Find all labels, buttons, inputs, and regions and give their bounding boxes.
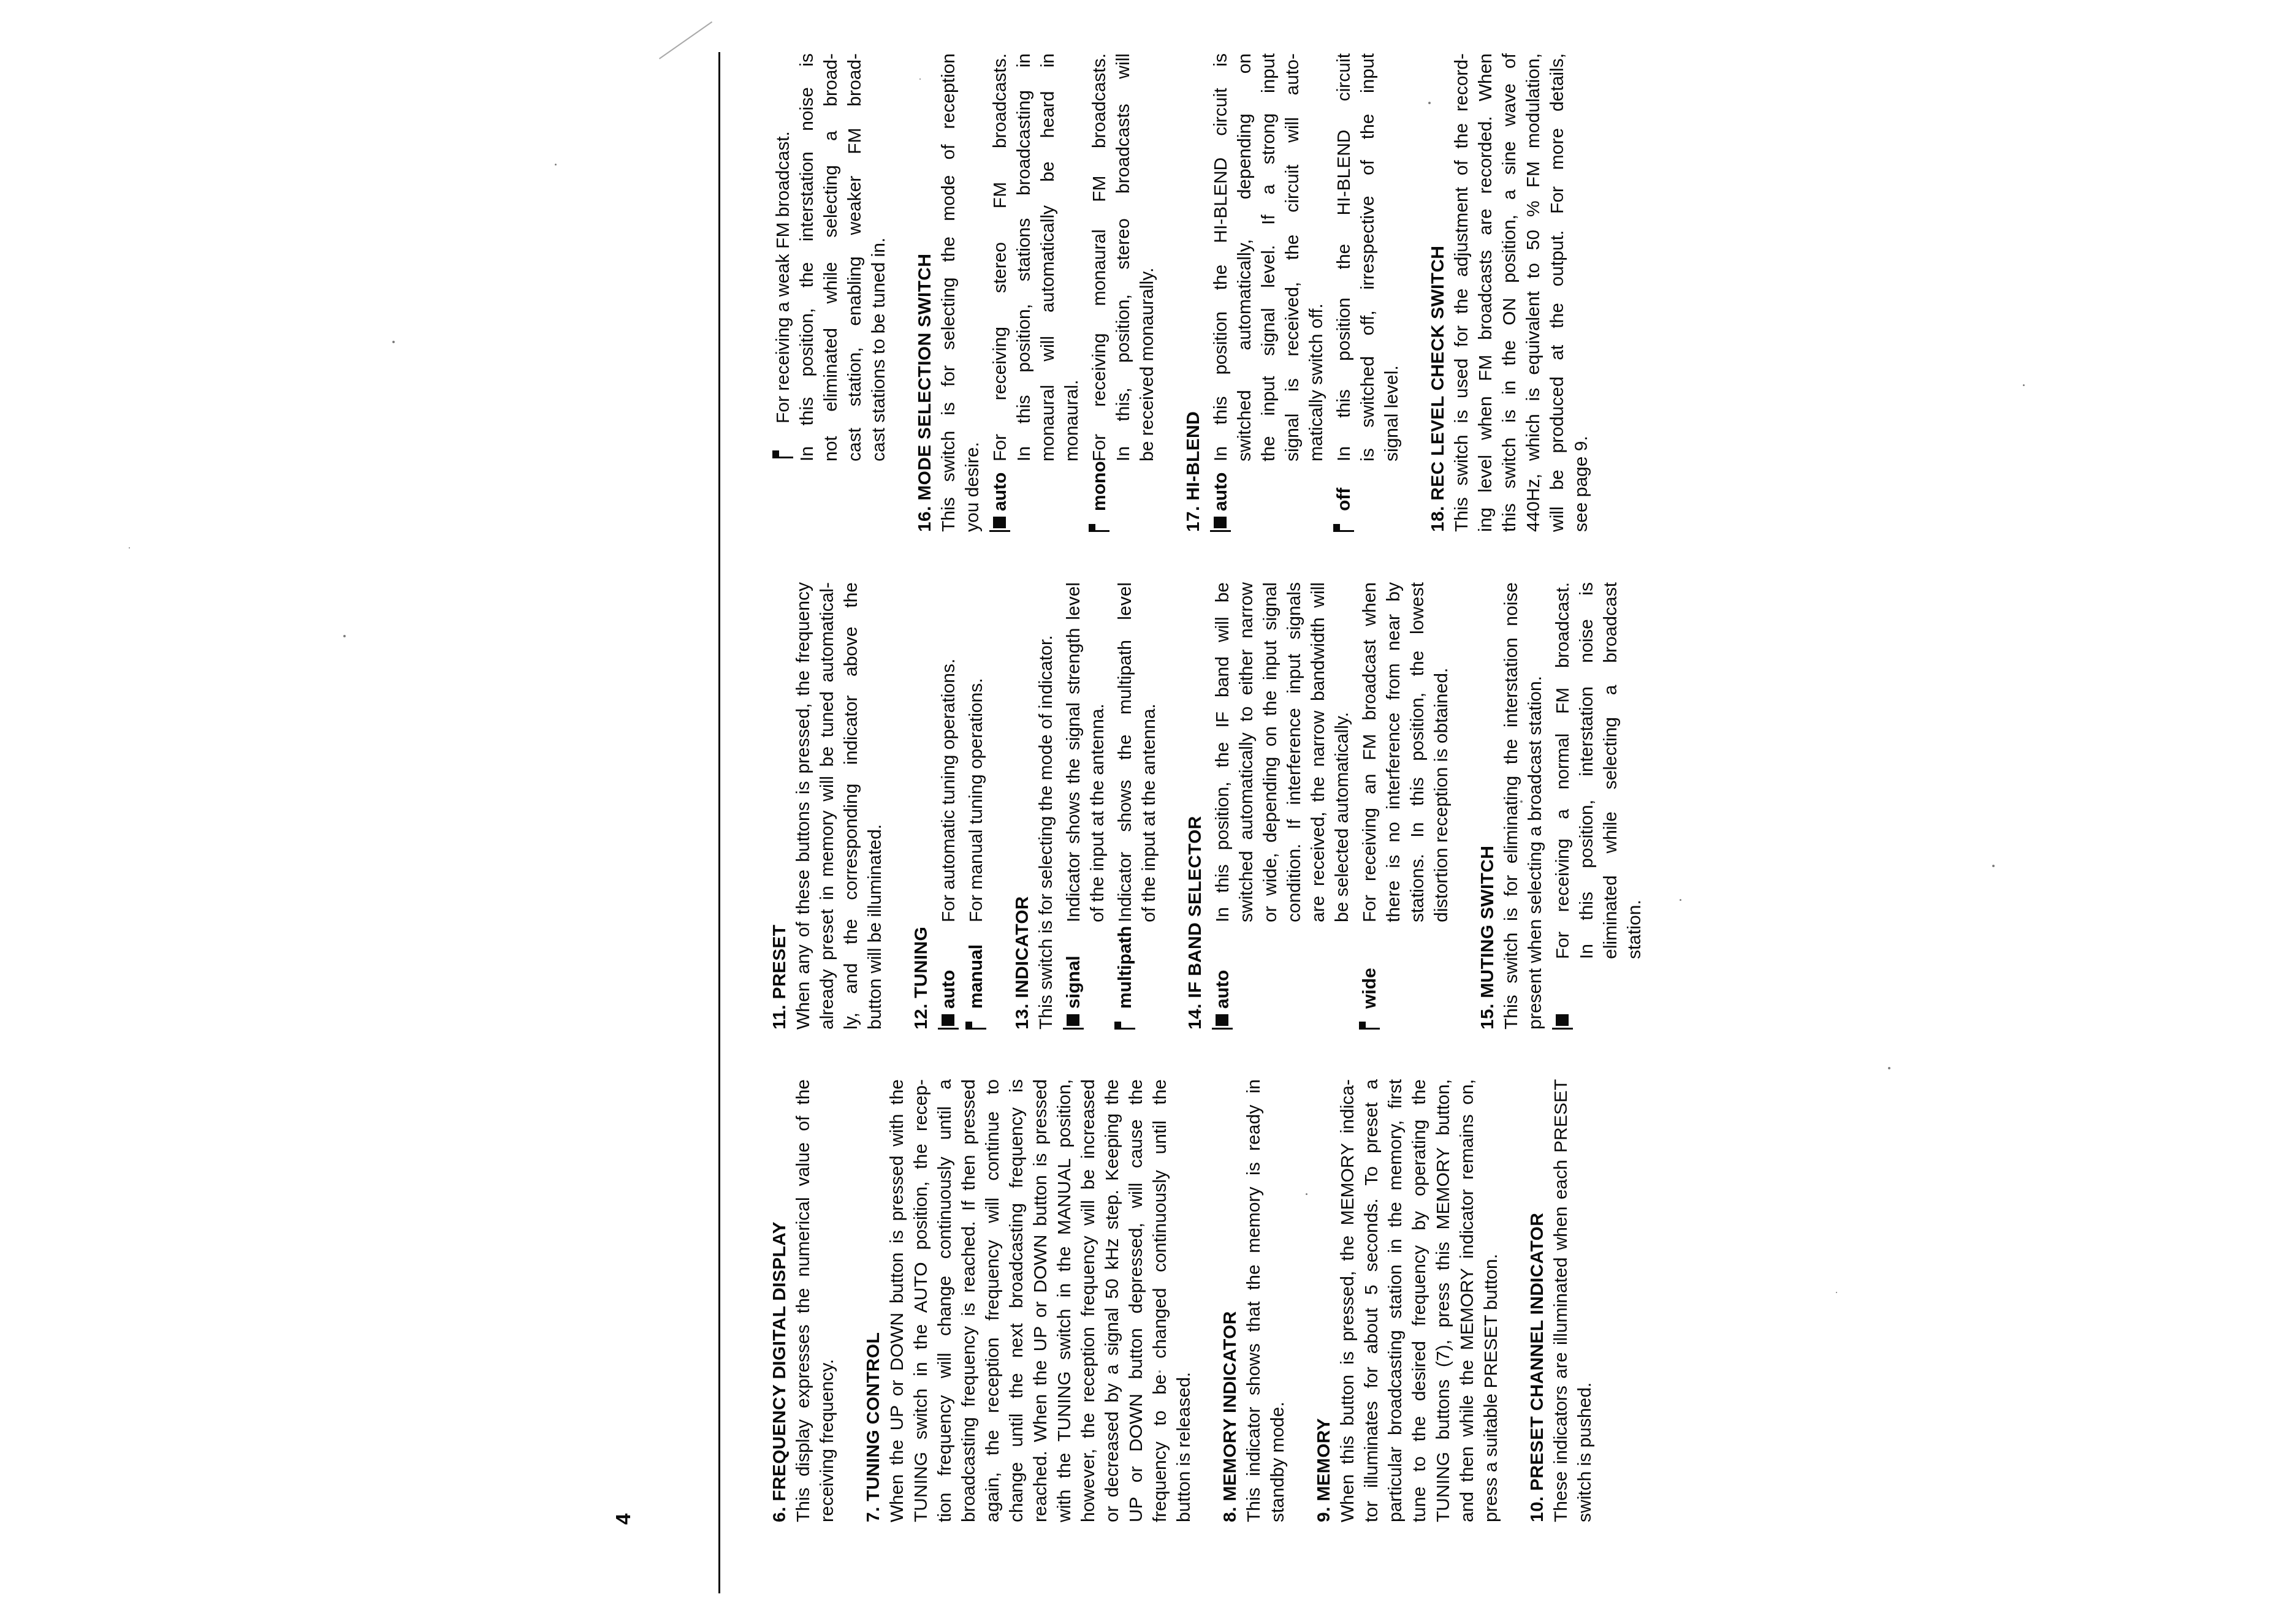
manual-section: 18. REC LEVEL CHECK SWITCHThis switch is… [1426, 53, 1593, 532]
text-line: monaural. [1060, 53, 1084, 532]
switch-item-label-text: signal [1064, 955, 1084, 1009]
switch-item-label: signal [1062, 955, 1086, 1030]
text-line: be received monaurally. [1135, 53, 1159, 532]
text-line: reached. When the UP or DOWN button is p… [1029, 1079, 1052, 1522]
text-line: distortion reception is obtained. [1429, 582, 1453, 1030]
manual-section: 8. MEMORY INDICATORThis indicator shows … [1218, 1079, 1290, 1522]
text-line: signal is received, the circuit will aut… [1281, 53, 1304, 532]
section-heading: 10. PRESET CHANNEL INDICATOR [1525, 1079, 1549, 1522]
scan-speckle [1836, 1292, 1837, 1293]
text-line: This switch is used for the adjustment o… [1450, 53, 1474, 532]
text-line: of the input at the antenna. [1137, 582, 1161, 1030]
text-line: or wide, depending on the input signal [1258, 582, 1282, 1030]
switch-out-icon [1336, 515, 1352, 532]
text-line: receiving frequency. [815, 1079, 839, 1522]
switch-out-icon [968, 1013, 984, 1030]
scan-speckle [1306, 1193, 1307, 1195]
scan-artifact-line [659, 21, 712, 59]
manual-section: For receiving a weak FM broadcast.In thi… [771, 53, 891, 532]
section-heading: 13. INDICATOR [1010, 582, 1034, 1030]
manual-section: 10. PRESET CHANNEL INDICATORThese indica… [1525, 1079, 1597, 1522]
section-heading: 6. FREQUENCY DIGITAL DISPLAY [767, 1079, 791, 1522]
switch-in-icon [1555, 1013, 1571, 1030]
text-line: When any of these buttons is pressed, th… [791, 582, 815, 1030]
manual-section: 14. IF BAND SELECTORIn this position, th… [1183, 582, 1453, 1030]
switch-item: In this position, the IF band will beaut… [1211, 582, 1354, 1030]
manual-section: 13. INDICATORThis switch is for selectin… [1010, 582, 1161, 1030]
manual-section: 16. MODE SELECTION SWITCHThis switch is … [913, 53, 1159, 532]
text-line: This switch is for eliminating the inter… [1499, 582, 1523, 1030]
switch-item-label-text: wide [1360, 968, 1380, 1009]
switch-in-icon [992, 515, 1008, 532]
text-line: For receiving a normal FM broadcast. [1551, 582, 1575, 1030]
text-line: present when selecting a broadcast stati… [1523, 582, 1547, 1030]
section-heading: 16. MODE SELECTION SWITCH [913, 53, 937, 532]
text-line: there is no interference from near by [1382, 582, 1406, 1030]
text-line: will be produced at the output. For more… [1545, 53, 1569, 532]
text-line: In this position the HI-BLEND circuit is… [1209, 53, 1233, 532]
switch-item-label: auto [937, 970, 961, 1030]
scan-speckle [129, 547, 130, 548]
text-line: is switched off, irrespective of the inp… [1356, 53, 1380, 532]
switch-item: For receiving an FM broadcast whenwideth… [1358, 582, 1453, 1030]
switch-in-icon [1214, 1013, 1231, 1030]
text-line: stations. In this position, the lowest [1406, 582, 1429, 1030]
switch-item-label-text: auto [990, 472, 1010, 511]
text-line: In this position, the IF band will beaut… [1211, 582, 1235, 1030]
text-line: already preset in memory will be tuned a… [815, 582, 839, 1030]
section-heading: 14. IF BAND SELECTOR [1183, 582, 1207, 1030]
text-line: tune to the desired frequency by operati… [1407, 1079, 1431, 1522]
switch-item: In this position the HI-BLEND circuitoff… [1332, 53, 1404, 532]
text-line: switched automatically to either narrow [1235, 582, 1258, 1030]
text-column-1: 6. FREQUENCY DIGITAL DISPLAYThis display… [767, 1079, 1619, 1522]
manual-section: 9. MEMORYWhen this button is pressed, th… [1312, 1079, 1503, 1522]
text-line: For receiving monaural FM broadcasts.mon… [1087, 53, 1111, 532]
text-line: Indicator shows the signal strength leve… [1062, 582, 1086, 1030]
text-line: are received, the narrow bandwidth will [1306, 582, 1330, 1030]
switch-item-label [1551, 1013, 1575, 1030]
scan-speckle [1159, 1370, 1161, 1373]
manual-section: 6. FREQUENCY DIGITAL DISPLAYThis display… [767, 1079, 839, 1522]
text-line: In this, position, stereo broadcasts wil… [1111, 53, 1135, 532]
text-line: station. [1623, 582, 1646, 1030]
text-line: 440Hz, which is equivalent to 50 % FM mo… [1521, 53, 1545, 532]
switch-item: For receiving a normal FM broadcast.In t… [1551, 582, 1646, 1030]
switch-item-label-text: mono [1089, 461, 1109, 511]
switch-in-icon [1065, 1013, 1082, 1030]
switch-item-label-text: manual [966, 944, 986, 1009]
switch-item: For manual tuning operations.manual [964, 582, 988, 1030]
text-line: of the input at the antenna. [1086, 582, 1109, 1030]
text-line: frequency to be changed continuously unt… [1148, 1079, 1172, 1522]
text-line: For automatic tuning operations.auto [937, 582, 961, 1030]
section-heading: 8. MEMORY INDICATOR [1218, 1079, 1242, 1522]
scan-speckle [972, 1156, 973, 1158]
text-line: This switch is for selecting the mode of… [937, 53, 961, 532]
text-line: button is released. [1172, 1079, 1196, 1522]
text-line: however, the reception frequency will be… [1076, 1079, 1100, 1522]
switch-item-label: auto [988, 472, 1012, 532]
text-line: tion frequency will change continuously … [933, 1079, 957, 1522]
text-line: For receiving an FM broadcast whenwide [1358, 582, 1382, 1030]
text-line: the input signal level. If a strong inpu… [1257, 53, 1281, 532]
text-line: TUNING buttons (7), press this MEMORY bu… [1431, 1079, 1455, 1522]
switch-item-label: wide [1358, 968, 1382, 1030]
text-line: In this position, interstation noise is [1575, 582, 1599, 1030]
switch-out-icon [1361, 1013, 1378, 1030]
scan-speckle [1428, 102, 1431, 104]
text-line: This indicator shows that the memory is … [1242, 1079, 1266, 1522]
page-number: 4 [612, 1514, 635, 1525]
switch-item-label: multipath [1113, 926, 1137, 1030]
text-line: For receiving a weak FM broadcast. [771, 53, 795, 532]
scan-speckle [343, 635, 346, 637]
text-line: For manual tuning operations.manual [964, 582, 988, 1030]
switch-item: For receiving a weak FM broadcast.In thi… [771, 53, 891, 532]
text-line: This switch is for selecting the mode of… [1034, 582, 1058, 1030]
section-heading: 15. MUTING SWITCH [1475, 582, 1499, 1030]
scan-speckle [392, 341, 395, 343]
text-line: and then while the MEMORY indicator rema… [1455, 1079, 1479, 1522]
text-line: button will be illuminated. [863, 582, 887, 1030]
text-line: or decreased by a signal 50 kHz step. Ke… [1100, 1079, 1124, 1522]
scanned-manual-page: { "page": {"number": "4"}, "columns": [ … [0, 0, 2295, 1624]
text-line: For receiving stereo FM broadcasts.auto [988, 53, 1012, 532]
text-line: ing level when FM broadcasts are recorde… [1474, 53, 1498, 532]
switch-item-label-text: auto [1211, 472, 1231, 511]
text-line: Indicator shows the multipath levelmulti… [1113, 582, 1137, 1030]
divider-rule [718, 52, 720, 1593]
section-heading: 17. HI-BLEND [1181, 53, 1205, 532]
text-line: signal level. [1380, 53, 1404, 532]
text-line: see page 9. [1569, 53, 1593, 532]
text-line: switched automatically, depending on [1233, 53, 1257, 532]
page-rotated-content: 4 6. FREQUENCY DIGITAL DISPLAYThis displ… [0, 0, 2295, 1624]
switch-item-label: auto [1209, 472, 1233, 532]
text-line: UP or DOWN button depressed, will cause … [1124, 1079, 1148, 1522]
scan-speckle [1520, 800, 1523, 803]
text-line: with the TUNING switch in the MANUAL pos… [1052, 1079, 1076, 1522]
text-line: ly, and the corresponding indicator abov… [839, 582, 863, 1030]
text-line: be selected automatically. [1330, 582, 1354, 1030]
text-column-3: For receiving a weak FM broadcast.In thi… [767, 53, 1615, 532]
switch-item-label-text: auto [938, 970, 959, 1009]
switch-item: Indicator shows the multipath levelmulti… [1113, 582, 1161, 1030]
text-line: eliminated while selecting a broadcast [1599, 582, 1623, 1030]
text-line: switch is pushed. [1573, 1079, 1597, 1522]
scan-speckle [555, 164, 557, 165]
scan-speckle [2023, 384, 2025, 386]
text-line: again, the reception frequency will cont… [981, 1079, 1005, 1522]
section-heading: 18. REC LEVEL CHECK SWITCH [1426, 53, 1450, 532]
section-heading: 7. TUNING CONTROL [861, 1079, 885, 1522]
switch-item-label: manual [964, 944, 988, 1030]
switch-item: For automatic tuning operations.auto [937, 582, 961, 1030]
text-line: When the UP or DOWN button is pressed wi… [885, 1079, 909, 1522]
scan-speckle [1888, 1067, 1890, 1069]
switch-in-icon [1212, 515, 1229, 532]
switch-item-label [771, 442, 795, 496]
text-line: When this button is pressed, the MEMORY … [1336, 1079, 1360, 1522]
switch-item-label-text: off [1334, 488, 1354, 511]
scan-speckle [1680, 899, 1681, 901]
switch-item-label: auto [1211, 970, 1235, 1030]
switch-item-label-text: auto [1212, 970, 1233, 1009]
manual-section: 12. TUNINGFor automatic tuning operation… [909, 582, 988, 1030]
manual-section: 11. PRESETWhen any of these buttons is p… [767, 582, 887, 1030]
text-line: In this position the HI-BLEND circuitoff [1332, 53, 1356, 532]
text-line: press a suitable PRESET button. [1479, 1079, 1503, 1522]
switch-out-icon [775, 442, 791, 458]
text-column-2: 11. PRESETWhen any of these buttons is p… [767, 582, 1669, 1030]
text-line: These indicators are illuminated when ea… [1549, 1079, 1573, 1522]
text-line: standby mode. [1266, 1079, 1290, 1522]
text-line: cast stations to be tuned in. [867, 53, 891, 532]
section-heading: 11. PRESET [767, 582, 791, 1030]
text-line: TUNING switch in the AUTO position, the … [909, 1079, 933, 1522]
text-line: this switch is in the ON position, a sin… [1498, 53, 1521, 532]
text-line: condition. If interference input signals [1282, 582, 1306, 1030]
text-line: change until the next broadcasting frequ… [1005, 1079, 1029, 1522]
switch-item-label: mono [1087, 461, 1111, 532]
scan-viewport: 4 6. FREQUENCY DIGITAL DISPLAYThis displ… [0, 0, 2295, 1624]
switch-item: For receiving monaural FM broadcasts.mon… [1087, 53, 1159, 532]
text-line: monaural will automatically be heard in [1036, 53, 1060, 532]
switch-in-icon [940, 1013, 957, 1030]
text-line: broadcasting frequency is reached. If th… [957, 1079, 981, 1522]
switch-item: For receiving stereo FM broadcasts.autoI… [988, 53, 1084, 532]
text-line: you desire. [961, 53, 984, 532]
manual-section: 7. TUNING CONTROLWhen the UP or DOWN but… [861, 1079, 1196, 1522]
scan-speckle [1992, 865, 1995, 867]
text-line: In this position, stations broadcasting … [1012, 53, 1036, 532]
manual-section: 15. MUTING SWITCHThis switch is for elim… [1475, 582, 1646, 1030]
text-line: matically switch off. [1304, 53, 1328, 532]
switch-out-icon [1117, 1013, 1133, 1030]
switch-out-icon [1091, 515, 1108, 532]
manual-section: 17. HI-BLENDIn this position the HI-BLEN… [1181, 53, 1404, 532]
switch-item-label: off [1332, 488, 1356, 532]
switch-item: Indicator shows the signal strength leve… [1062, 582, 1109, 1030]
text-line: not eliminated while selecting a broad- [819, 53, 843, 532]
text-line: particular broadcasting station in the m… [1383, 1079, 1407, 1522]
switch-item: In this position the HI-BLEND circuit is… [1209, 53, 1328, 532]
text-line: tor illuminates for about 5 seconds. To … [1360, 1079, 1383, 1522]
text-line: In this position, the interstation noise… [795, 53, 819, 532]
text-line: cast station, enabling weaker FM broad- [843, 53, 867, 532]
scan-speckle [919, 78, 921, 80]
section-heading: 9. MEMORY [1312, 1079, 1336, 1522]
switch-item-label-text: multipath [1115, 926, 1135, 1009]
section-heading: 12. TUNING [909, 582, 933, 1030]
text-line: This display expresses the numerical val… [791, 1079, 815, 1522]
